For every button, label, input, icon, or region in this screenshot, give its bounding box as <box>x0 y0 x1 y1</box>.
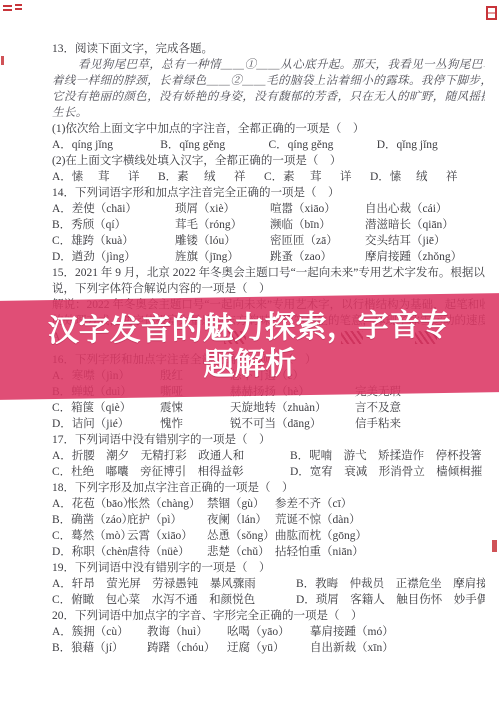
doc-cell: 摩肩接踵（zhǒng） <box>365 249 485 265</box>
doc-cell: 禁锢（gù） <box>207 496 275 512</box>
doc-cell: 雕镂（lóu） <box>175 233 270 249</box>
doc-cell: 悲楚（chǔ） <box>207 544 275 560</box>
doc-line: C．箱箧（qiè）震悚天旋地转（zhuàn）言不及意 <box>52 400 485 416</box>
doc-cell: 自出新裁（xīn） <box>310 640 485 656</box>
doc-line: C．蓦然（mò）云霄（xiāo）怂恿（sǒng）曲肱而枕（gōng） <box>52 528 485 544</box>
doc-cell: B．素 <box>158 169 204 185</box>
doc-cell: A．簇拥（cù） <box>52 624 147 640</box>
doc-cell: 祥 <box>446 169 476 185</box>
doc-cell: 交头结耳（jiē） <box>365 233 485 249</box>
doc-cell: 虐待（nüè） <box>127 544 207 560</box>
doc-cell: A．qíng jǐng <box>52 137 160 153</box>
doc-line: 生长。 <box>52 105 485 121</box>
doc-cell: 喧嚣（xiāo） <box>270 201 365 217</box>
doc-cell: C．杜绝 嘟囔 旁征博引 相得益彰 <box>52 464 290 480</box>
doc-cell: D．诘问（jié） <box>52 416 160 432</box>
frame-ornament <box>1 56 4 65</box>
doc-cell: 详 <box>340 169 370 185</box>
doc-cell: 天旋地转（zhuàn） <box>230 400 355 416</box>
doc-cell: 锐不可当（dāng） <box>230 416 355 432</box>
doc-line: B．确凿（záo）庇护（pì）夜阑（lán）荒诞不惊（dàn） <box>52 512 485 528</box>
doc-cell: 言不及意 <box>355 400 485 416</box>
doc-line: C．雄跨（kuà）雕镂（lóu）密匝匝（zā）交头结耳（jiē） <box>52 233 485 249</box>
doc-line: B．狼藉（jí）踌躇（chóu）迂腐（yū）自出新裁（xīn） <box>52 640 485 656</box>
doc-cell: 拈轻怕重（niān） <box>275 544 485 560</box>
doc-line: C．俯瞰 包心菜 水泻不通 和颜悦色D．琐屑 客籍人 触目伤怀 妙手偶得 <box>52 592 485 608</box>
doc-line: (1)依次给上面文字中加点的字注音，全都正确的一项是（ ） <box>52 121 485 137</box>
doc-line: 13．阅读下面文字，完成各题。 <box>52 41 485 57</box>
frame-ornament <box>492 540 497 552</box>
doc-cell: B．狼藉（jí） <box>52 640 147 656</box>
doc-cell: 绒 <box>416 169 446 185</box>
doc-cell: 震悚 <box>160 400 230 416</box>
doc-cell: 云霄（xiāo） <box>127 528 207 544</box>
banner-title-line2: 题解析 <box>203 345 297 382</box>
doc-cell: C．箱箧（qiè） <box>52 400 160 416</box>
doc-cell: D．愫 <box>370 169 416 185</box>
doc-cell: 密匝匝（zā） <box>270 233 365 249</box>
doc-cell: D．qǐng jǐng <box>377 137 485 153</box>
doc-cell: 信手粘来 <box>355 416 485 432</box>
frame-ornament <box>3 3 12 11</box>
doc-cell: 详 <box>128 169 158 185</box>
doc-cell: B．教晦 仲裁员 正襟危坐 摩肩接踵 <box>296 576 485 592</box>
doc-cell: B．秀颀（qí） <box>52 217 175 233</box>
doc-line: C．杜绝 嘟囔 旁征博引 相得益彰D．宽宥 衰减 形消骨立 樯倾楫摧 <box>52 464 485 480</box>
doc-line: D．称职（chèng）虐待（nüè）悲楚（chǔ）拈轻怕重（niān） <box>52 544 485 560</box>
doc-cell: 摹肩接踵（mó） <box>310 624 485 640</box>
doc-cell: 琐屑（xiè） <box>175 201 270 217</box>
doc-cell: B．确凿（záo） <box>52 512 127 528</box>
doc-cell: 吆喝（yāo） <box>227 624 310 640</box>
doc-cell: 踌躇（chóu） <box>147 640 227 656</box>
doc-line: 17．下列词语中没有错别字的一项是（ ） <box>52 432 485 448</box>
doc-cell: B．qǐng gěng <box>160 137 268 153</box>
doc-cell: 绒 <box>204 169 234 185</box>
doc-cell: D．称职（chèng） <box>52 544 127 560</box>
doc-cell: 怅然（chàng） <box>127 496 207 512</box>
banner-title-line1: 汉字发音的魅力探索，字音专 <box>47 307 451 349</box>
doc-line: 18．下列字形及加点字注音正确的一项是（ ） <box>52 480 485 496</box>
doc-cell: A．愫 <box>52 169 98 185</box>
doc-line: A．花苞（bāo）怅然（chàng）禁锢（gù）参差不齐（cī） <box>52 496 485 512</box>
doc-line: 15．2021 年 9 月，北京 2022 年冬奥会主题口号“一起向未来”专用艺… <box>52 265 485 281</box>
doc-cell: D．遒劲（jìng） <box>52 249 175 265</box>
doc-cell: 跳蚤（zao） <box>270 249 365 265</box>
doc-line: 20．下列词语中加点字的字音、字形完全正确的一项是（ ） <box>52 608 485 624</box>
doc-line: B．秀颀（qí）茸毛（róng）濒临（bīn）潜滋暗长（qiān） <box>52 217 485 233</box>
doc-line: 19．下列词语中没有错别字的一项是（ ） <box>52 560 485 576</box>
doc-line: 14．下列词语字形和加点字注音完全正确的一项是（ ） <box>52 185 485 201</box>
doc-line: A．折腰 潮夕 无精打彩 政通人和B．呢喃 游弋 矫揉造作 停杯投箸 <box>52 448 485 464</box>
doc-cell: A．轩昂 萤光屏 劳禄愚钝 暴风骤雨 <box>52 576 296 592</box>
doc-line: A．愫茸详B．素绒祥C．素茸详D．愫绒祥 <box>52 169 485 185</box>
doc-cell: 庇护（pì） <box>127 512 207 528</box>
doc-cell: 怂恿（sǒng） <box>207 528 275 544</box>
doc-cell: 教诲（huì） <box>147 624 227 640</box>
doc-cell: B．呢喃 游弋 矫揉造作 停杯投箸 <box>290 448 485 464</box>
doc-cell: 荒诞不惊（dàn） <box>275 512 485 528</box>
doc-cell: 夜阑（lán） <box>207 512 275 528</box>
doc-cell: A．花苞（bāo） <box>52 496 127 512</box>
frame-ornament <box>486 6 497 20</box>
doc-line: 着线一样细的脖颈，长着绿色＿＿②＿＿毛的脑袋上沾着细小的露珠。我停下脚步，细细端… <box>52 73 485 89</box>
doc-cell: C．俯瞰 包心菜 水泻不通 和颜悦色 <box>52 592 296 608</box>
doc-line: A．轩昂 萤光屏 劳禄愚钝 暴风骤雨B．教晦 仲裁员 正襟危坐 摩肩接踵 <box>52 576 485 592</box>
exam-page: { "page": {"width": 499, "height": 706, … <box>0 0 499 706</box>
doc-line: A．qíng jǐngB．qǐng gěngC．qíng gěngD．qǐng … <box>52 137 485 153</box>
doc-cell: 潜滋暗长（qiān） <box>365 217 485 233</box>
doc-line: (2)在上面文字横线处填入汉字，全都正确的一项是（ ） <box>52 153 485 169</box>
doc-cell: C．蓦然（mò） <box>52 528 127 544</box>
doc-cell: A．差使（chāi） <box>52 201 175 217</box>
doc-cell: 濒临（bīn） <box>270 217 365 233</box>
doc-cell: 曲肱而枕（gōng） <box>275 528 485 544</box>
title-banner-overlay: 汉字发音的魅力探索，字音专 题解析 <box>0 293 499 400</box>
doc-cell: D．琐屑 客籍人 触目伤怀 妙手偶得 <box>296 592 485 608</box>
doc-cell: C．素 <box>264 169 310 185</box>
doc-line: A．簇拥（cù）教诲（huì）吆喝（yāo）摹肩接踵（mó） <box>52 624 485 640</box>
frame-ornament <box>15 4 22 10</box>
doc-cell: 自出心裁（cái） <box>365 201 485 217</box>
doc-cell: 迂腐（yū） <box>227 640 310 656</box>
doc-cell: 茸 <box>310 169 340 185</box>
doc-cell: 愧怍 <box>160 416 230 432</box>
doc-line: 它没有艳丽的颜色，没有娇艳的身姿，没有馥郁的芳香，只在无人的旷野，随风摇摆，暗自… <box>52 89 485 105</box>
doc-cell: D．宽宥 衰减 形消骨立 樯倾楫摧 <box>290 464 485 480</box>
doc-line: A．差使（chāi）琐屑（xiè）喧嚣（xiāo）自出心裁（cái） <box>52 201 485 217</box>
doc-cell: C．qíng gěng <box>269 137 377 153</box>
doc-cell: C．雄跨（kuà） <box>52 233 175 249</box>
doc-line: D．诘问（jié）愧怍锐不可当（dāng）信手粘来 <box>52 416 485 432</box>
doc-cell: 参差不齐（cī） <box>275 496 485 512</box>
doc-cell: A．折腰 潮夕 无精打彩 政通人和 <box>52 448 290 464</box>
doc-cell: 茸 <box>98 169 128 185</box>
doc-cell: 旌旗（jīng） <box>175 249 270 265</box>
doc-cell: 祥 <box>234 169 264 185</box>
doc-cell: 茸毛（róng） <box>175 217 270 233</box>
doc-line: D．遒劲（jìng）旌旗（jīng）跳蚤（zao）摩肩接踵（zhǒng） <box>52 249 485 265</box>
doc-line: 看见狗尾巴草，总有一种情＿＿①＿＿从心底升起。那天，我看见一丛狗尾巴草正清新地生… <box>52 57 485 73</box>
